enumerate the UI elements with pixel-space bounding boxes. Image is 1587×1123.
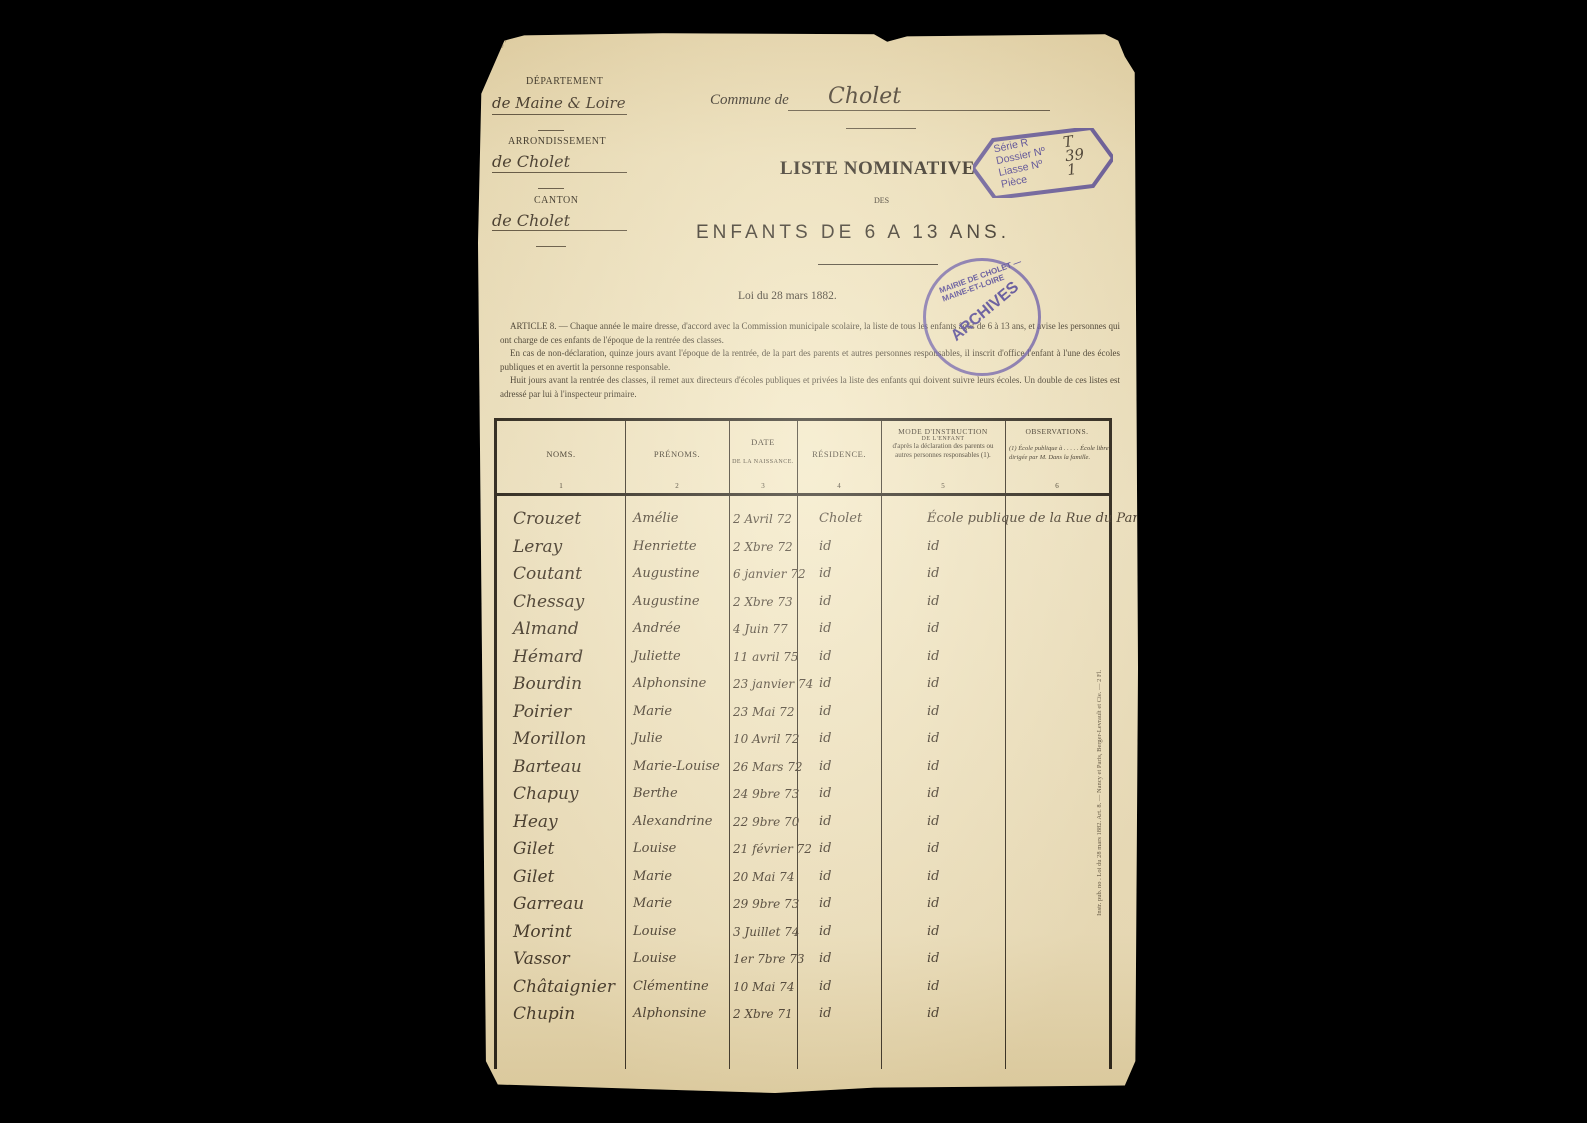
table-row: MorintLouise3 Juillet 74idid <box>497 918 1109 946</box>
residence-cell: id <box>819 973 831 1001</box>
table-row: HémardJuliette11 avril 75idid <box>497 643 1109 671</box>
instruction-mode-cell: id <box>927 918 939 946</box>
first-name-cell: Marie-Louise <box>633 753 720 781</box>
table-row: BarteauMarie-Louise26 Mars 72idid <box>497 753 1109 781</box>
canton-label: CANTON <box>534 195 578 206</box>
first-name-cell: Augustine <box>633 588 700 616</box>
residence-cell: id <box>819 863 831 891</box>
name-cell: Hémard <box>513 643 583 671</box>
table-row: ChapuyBerthe24 9bre 73idid <box>497 780 1109 808</box>
archive-reference-stamp: Série R Dossier Nº Liasse Nº Pièce T 39 … <box>973 128 1113 198</box>
table-row: GarreauMarie29 9bre 73idid <box>497 890 1109 918</box>
departement-value: de Maine & Loire <box>492 94 626 112</box>
instruction-mode-cell: id <box>927 835 939 863</box>
residence-cell: id <box>819 753 831 781</box>
printer-imprint: Instr. pub. no . Loi du 28 mars 1882. Ar… <box>1096 670 1112 1050</box>
table-row: GiletLouise21 février 72idid <box>497 835 1109 863</box>
name-cell: Châtaignier <box>513 973 615 1001</box>
birth-date-cell: 26 Mars 72 <box>733 753 803 781</box>
residence-cell: id <box>819 698 831 726</box>
first-name-cell: Alphonsine <box>633 670 706 698</box>
table-row: ChupinAlphonsine2 Xbre 71idid <box>497 1000 1109 1028</box>
header-mode-instruction: MODE D'INSTRUCTION DE L'ENFANT d'après l… <box>881 421 1005 493</box>
name-cell: Chapuy <box>513 780 579 808</box>
first-name-cell: Alexandrine <box>633 808 712 836</box>
birth-date-cell: 11 avril 75 <box>733 643 799 671</box>
divider <box>846 128 916 129</box>
birth-date-cell: 2 Xbre 73 <box>733 588 793 616</box>
ornament-divider <box>818 264 938 265</box>
stamp-ring-text: MAIRIE DE CHOLET — MAINE-ET-LOIRE <box>938 252 1038 303</box>
instruction-mode-cell: id <box>927 780 939 808</box>
birth-date-cell: 22 9bre 70 <box>733 808 799 836</box>
article-paragraph: Huit jours avant la rentrée des classes,… <box>500 374 1120 401</box>
arrondissement-label: ARRONDISSEMENT <box>508 136 606 147</box>
first-name-cell: Augustine <box>633 560 700 588</box>
residence-cell: id <box>819 780 831 808</box>
birth-date-cell: 6 janvier 72 <box>733 560 806 588</box>
residence-cell: id <box>819 1000 831 1028</box>
name-cell: Coutant <box>513 560 582 588</box>
first-name-cell: Amélie <box>633 505 678 533</box>
birth-date-cell: 2 Xbre 71 <box>733 1000 793 1028</box>
residence-cell: id <box>819 890 831 918</box>
residence-cell: id <box>819 945 831 973</box>
first-name-cell: Berthe <box>633 780 678 808</box>
table-row: VassorLouise1er 7bre 73idid <box>497 945 1109 973</box>
instruction-mode-cell: id <box>927 533 939 561</box>
first-name-cell: Marie <box>633 863 672 891</box>
canton-underline <box>492 230 627 231</box>
residence-cell: id <box>819 808 831 836</box>
first-name-cell: Louise <box>633 835 676 863</box>
instruction-mode-cell: id <box>927 973 939 1001</box>
name-cell: Heay <box>513 808 558 836</box>
residence-cell: id <box>819 725 831 753</box>
table-row: BourdinAlphonsine23 janvier 74idid <box>497 670 1109 698</box>
first-name-cell: Julie <box>633 725 663 753</box>
departement-label: DÉPARTEMENT <box>526 76 603 87</box>
name-cell: Poirier <box>513 698 571 726</box>
first-name-cell: Louise <box>633 945 676 973</box>
name-cell: Almand <box>513 615 579 643</box>
residence-cell: id <box>819 918 831 946</box>
residence-cell: id <box>819 615 831 643</box>
header-residence: RÉSIDENCE. 4 <box>797 421 881 493</box>
name-cell: Crouzet <box>513 505 581 533</box>
instruction-mode-cell: id <box>927 588 939 616</box>
divider <box>538 130 564 131</box>
first-name-cell: Louise <box>633 918 676 946</box>
birth-date-cell: 1er 7bre 73 <box>733 945 805 973</box>
name-cell: Leray <box>513 533 562 561</box>
arrondissement-value: de Cholet <box>492 152 570 171</box>
table-row: PoirierMarie23 Mai 72idid <box>497 698 1109 726</box>
table-row: GiletMarie20 Mai 74idid <box>497 863 1109 891</box>
divider <box>538 188 564 189</box>
children-list-table: NOMS. 1 PRÉNOMS. 2 DATE DE LA NAISSANCE.… <box>494 418 1112 1069</box>
divider <box>536 246 566 247</box>
table-header: NOMS. 1 PRÉNOMS. 2 DATE DE LA NAISSANCE.… <box>497 421 1109 496</box>
first-name-cell: Henriette <box>633 533 697 561</box>
page-subtitle: ENFANTS DE 6 A 13 ANS. <box>696 222 1010 244</box>
title-des: DES <box>874 196 889 205</box>
header-noms: NOMS. 1 <box>497 421 625 493</box>
name-cell: Barteau <box>513 753 582 781</box>
commune-underline <box>788 110 1050 111</box>
document-page: R 61 DÉPARTEMENT de Maine & Loire ARROND… <box>478 30 1138 1093</box>
birth-date-cell: 24 9bre 73 <box>733 780 799 808</box>
birth-date-cell: 10 Avril 72 <box>733 725 800 753</box>
commune-value: Cholet <box>828 84 901 109</box>
instruction-mode-cell: École publique de la Rue du Paradis <box>927 505 1165 533</box>
name-cell: Morint <box>513 918 572 946</box>
law-reference: Loi du 28 mars 1882. <box>738 290 837 302</box>
first-name-cell: Clémentine <box>633 973 709 1001</box>
instruction-mode-cell: id <box>927 643 939 671</box>
instruction-mode-cell: id <box>927 670 939 698</box>
instruction-mode-cell: id <box>927 863 939 891</box>
residence-cell: id <box>819 670 831 698</box>
table-row: ChessayAugustine2 Xbre 73idid <box>497 588 1109 616</box>
birth-date-cell: 23 Mai 72 <box>733 698 794 726</box>
table-row: ChâtaignierClémentine10 Mai 74idid <box>497 973 1109 1001</box>
table-row: CrouzetAmélie2 Avril 72CholetÉcole publi… <box>497 505 1109 533</box>
residence-cell: id <box>819 835 831 863</box>
instruction-mode-cell: id <box>927 1000 939 1028</box>
header-prenoms: PRÉNOMS. 2 <box>625 421 729 493</box>
name-cell: Chupin <box>513 1000 575 1028</box>
residence-cell: id <box>819 560 831 588</box>
name-cell: Morillon <box>513 725 586 753</box>
birth-date-cell: 23 janvier 74 <box>733 670 813 698</box>
table-row: HeayAlexandrine22 9bre 70idid <box>497 808 1109 836</box>
header-observations: OBSERVATIONS. (1) École publique à . . .… <box>1005 421 1109 493</box>
birth-date-cell: 2 Avril 72 <box>733 505 792 533</box>
instruction-mode-cell: id <box>927 808 939 836</box>
instruction-mode-cell: id <box>927 698 939 726</box>
birth-date-cell: 2 Xbre 72 <box>733 533 793 561</box>
instruction-mode-cell: id <box>927 560 939 588</box>
first-name-cell: Alphonsine <box>633 1000 706 1028</box>
canton-value: de Cholet <box>492 211 570 230</box>
first-name-cell: Marie <box>633 890 672 918</box>
residence-cell: id <box>819 588 831 616</box>
birth-date-cell: 29 9bre 73 <box>733 890 799 918</box>
header-date: DATE DE LA NAISSANCE. 3 <box>729 421 797 493</box>
commune-label: Commune de <box>710 92 789 109</box>
birth-date-cell: 20 Mai 74 <box>733 863 794 891</box>
corner-annotation: R 61 <box>487 32 511 61</box>
table-row: CoutantAugustine6 janvier 72idid <box>497 560 1109 588</box>
departement-underline <box>492 114 627 115</box>
instruction-mode-cell: id <box>927 725 939 753</box>
residence-cell: id <box>819 533 831 561</box>
instruction-mode-cell: id <box>927 890 939 918</box>
first-name-cell: Marie <box>633 698 672 726</box>
table-row: AlmandAndrée4 Juin 77idid <box>497 615 1109 643</box>
residence-cell: Cholet <box>819 505 862 533</box>
instruction-mode-cell: id <box>927 615 939 643</box>
stamp-labels: Série R Dossier Nº Liasse Nº Pièce <box>993 133 1052 190</box>
name-cell: Bourdin <box>513 670 582 698</box>
name-cell: Garreau <box>513 890 584 918</box>
birth-date-cell: 3 Juillet 74 <box>733 918 800 946</box>
first-name-cell: Juliette <box>633 643 681 671</box>
table-row: LerayHenriette2 Xbre 72idid <box>497 533 1109 561</box>
name-cell: Gilet <box>513 835 554 863</box>
birth-date-cell: 21 février 72 <box>733 835 812 863</box>
birth-date-cell: 4 Juin 77 <box>733 615 788 643</box>
instruction-mode-cell: id <box>927 945 939 973</box>
table-row: MorillonJulie10 Avril 72idid <box>497 725 1109 753</box>
residence-cell: id <box>819 643 831 671</box>
name-cell: Chessay <box>513 588 584 616</box>
first-name-cell: Andrée <box>633 615 681 643</box>
page-title: LISTE NOMINATIVE <box>780 158 975 180</box>
arrondissement-underline <box>492 172 627 173</box>
birth-date-cell: 10 Mai 74 <box>733 973 794 1001</box>
mairie-archives-stamp: MAIRIE DE CHOLET — MAINE-ET-LOIRE ARCHIV… <box>923 258 1041 376</box>
name-cell: Vassor <box>513 945 570 973</box>
name-cell: Gilet <box>513 863 554 891</box>
instruction-mode-cell: id <box>927 753 939 781</box>
